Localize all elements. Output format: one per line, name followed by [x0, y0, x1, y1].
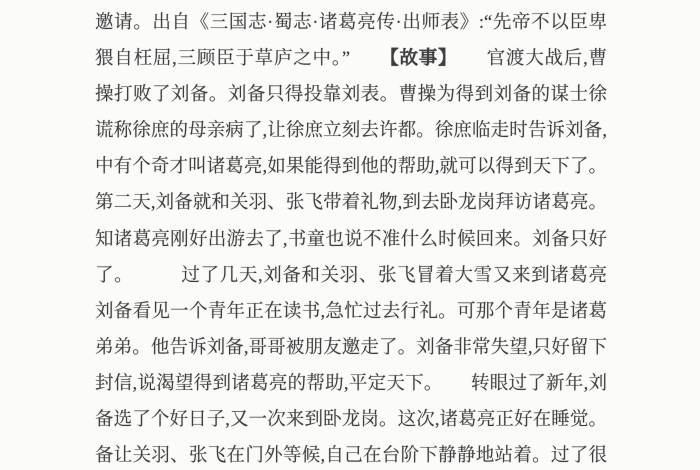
text-line: 备让关羽、张飞在门外等候,自己在台阶下静静地站着。过了很长时 [95, 438, 607, 470]
text-line: 操打败了刘备。刘备只得投靠刘表。曹操为得到刘备的谋士徐庶,就 [95, 77, 607, 113]
text-segment: 猥自枉屈,三顾臣于草庐之中。” [95, 49, 389, 69]
text-segment: 官渡大战后,曹 [448, 49, 607, 69]
text-line: 备选了个好日子,又一次来到卧龙岗。这次,诸葛亮正好在睡觉。刘 [95, 402, 607, 438]
document-page: 邀请。出自《三国志·蜀志·诸葛亮传·出师表》:“先帝不以臣卑鄙, 猥自枉屈,三顾… [95, 5, 607, 470]
text-line: 谎称徐庶的母亲病了,让徐庶立刻去许都。徐庶临走时告诉刘备,隆 [95, 113, 607, 149]
text-line: 知诸葛亮刚好出游去了,书童也说不准什么时候回来。刘备只好回去 [95, 222, 607, 258]
text-line: 猥自枉屈,三顾臣于草庐之中。” 【故事】 官渡大战后,曹 [95, 41, 607, 77]
text-line: 邀请。出自《三国志·蜀志·诸葛亮传·出师表》:“先帝不以臣卑鄙, [95, 5, 607, 41]
text-line: 了。 过了几天,刘备和关羽、张飞冒着大雪又来到诸葛亮的家。 [95, 258, 607, 294]
text-line: 弟弟。他告诉刘备,哥哥被朋友邀走了。刘备非常失望,只好留下一 [95, 330, 607, 366]
text-line: 封信,说渴望得到诸葛亮的帮助,平定天下。 转眼过了新年,刘 [95, 366, 607, 402]
story-section-label: 【故事】 [389, 49, 448, 69]
text-line: 第二天,刘备就和关羽、张飞带着礼物,到去卧龙岗拜访诸葛亮。谁 [95, 185, 607, 221]
text-line: 中有个奇才叫诸葛亮,如果能得到他的帮助,就可以得到天下了。 [95, 149, 607, 185]
text-line: 刘备看见一个青年正在读书,急忙过去行礼。可那个青年是诸葛亮的 [95, 294, 607, 330]
